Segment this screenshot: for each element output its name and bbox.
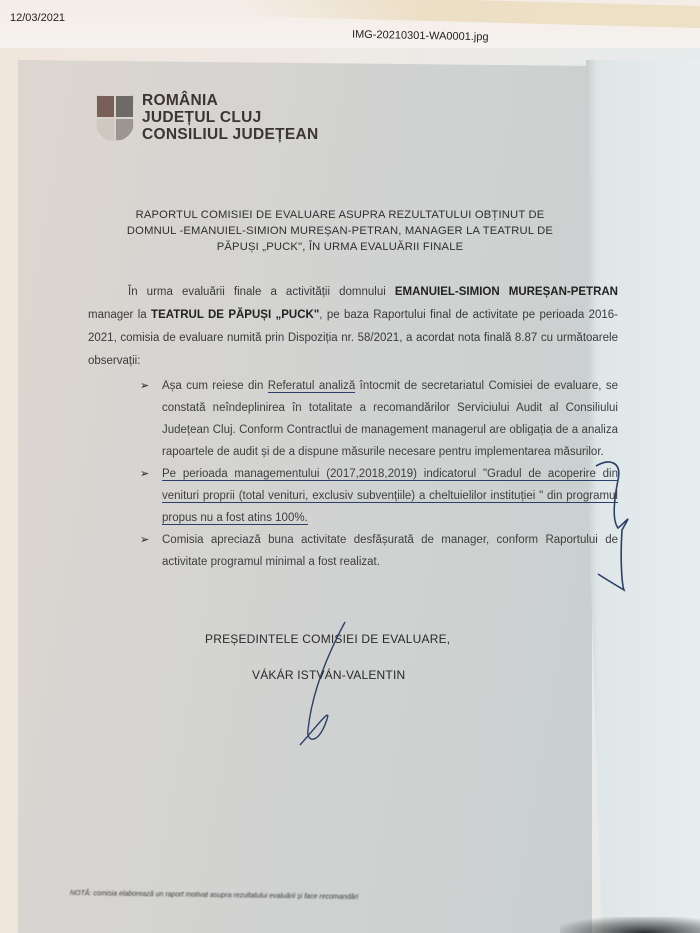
title-line: PĂPUȘI „PUCK", ÎN URMA EVALUĂRII FINALE [100,239,580,255]
manager-name: EMANUIEL-SIMION MUREȘAN-PETRAN [395,286,618,298]
letterhead-line-county: JUDEȚUL CLUJ [142,109,319,126]
signature-role: PREȘEDINTELE COMISIEI DE EVALUARE, [205,632,450,646]
institution-ref: TEATRUL DE PĂPUȘI „PUCK" [151,309,319,321]
shadow [560,917,700,933]
letterhead-line-council: CONSILIUL JUDEȚEAN [142,126,319,143]
pen-underlined-text: Referatul analiză [268,380,356,393]
letterhead: ROMÂNIA JUDEȚUL CLUJ CONSILIUL JUDEȚEAN [96,92,319,143]
pen-underlined-text: Pe perioada managementului (2017,2018,20… [162,468,618,525]
title-line: DOMNUL -EMANUIEL-SIMION MUREȘAN-PETRAN, … [100,223,580,239]
print-date: 12/03/2021 [10,12,65,24]
observation-item: ➢Așa cum reiese din Referatul analiză în… [140,375,618,463]
arrow-bullet-icon: ➢ [140,375,149,397]
coat-of-arms-icon [96,95,134,141]
institution-name: ROMÂNIA JUDEȚUL CLUJ CONSILIUL JUDEȚEAN [142,92,319,143]
observations-list: ➢Așa cum reiese din Referatul analiză în… [140,375,618,573]
arrow-bullet-icon: ➢ [140,463,149,485]
title-line: RAPORTUL COMISIEI DE EVALUARE ASUPRA REZ… [100,207,580,223]
letterhead-line-country: ROMÂNIA [142,92,319,109]
intro-paragraph: În urma evaluării finale a activității d… [88,281,618,373]
arrow-bullet-icon: ➢ [140,529,149,551]
observation-item: ➢Pe perioada managementului (2017,2018,2… [140,463,618,529]
observation-item: ➢Comisia apreciază buna activitate desfă… [140,529,618,573]
document-title: RAPORTUL COMISIEI DE EVALUARE ASUPRA REZ… [100,207,580,255]
signatory-name: VÁKÁR ISTVÁN-VALENTIN [252,668,405,682]
